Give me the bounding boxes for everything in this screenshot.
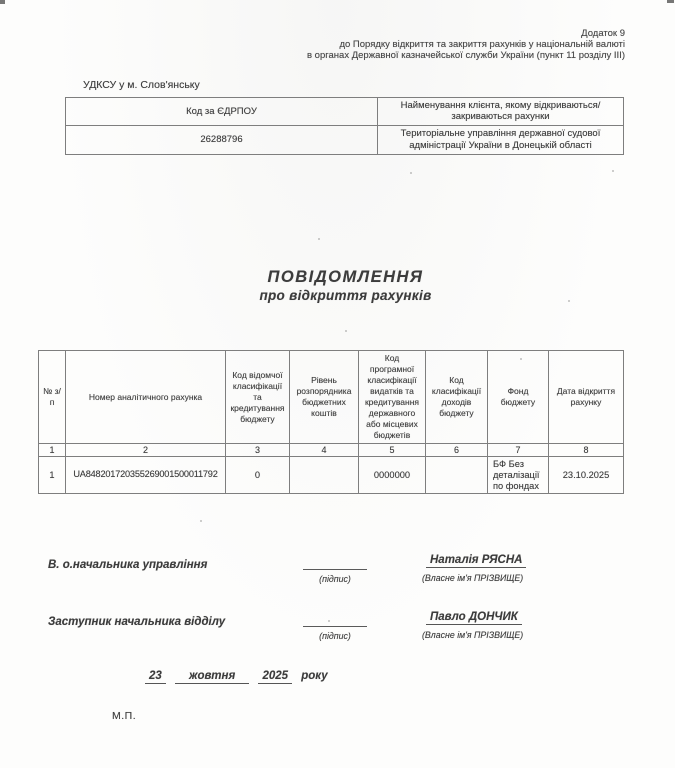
accounts-table-number-row: 1 2 3 4 5 6 7 8 [39,444,624,457]
col-header-program-classification: Код програмної класифікації видатків та … [359,351,426,444]
account-opening-date: 23.10.2025 [549,457,624,494]
col-number: 8 [549,444,624,457]
col-header-revenue-classification: Код класифікації доходів бюджету [426,351,488,444]
signature-caption: (підпис) [295,574,375,584]
date-month: жовтня [175,670,249,684]
account-row: 1 UA848201720355269001500011792 0 000000… [39,457,624,494]
scan-speck [200,520,202,522]
account-dept-code: 0 [226,457,290,494]
col-number: 6 [426,444,488,457]
scan-speck [612,170,614,172]
signature-caption: (підпис) [295,631,375,641]
client-table-value-row: 26288796 Територіальне управління держав… [66,125,624,154]
document-subtitle: про відкриття рахунків [8,288,675,303]
date-year: 2025 [258,670,292,684]
col-header-row-number: № з/п [39,351,66,444]
date-suffix: року [301,670,327,682]
issuing-office: УДКСУ у м. Слов'янську [83,79,200,91]
client-table: Код за ЄДРПОУ Найменування клієнта, яком… [65,97,624,155]
col-number: 2 [66,444,226,457]
signer-position: Заступник начальника відділу [48,616,225,628]
edrpou-code-header: Код за ЄДРПОУ [66,98,378,126]
col-number: 3 [226,444,290,457]
scan-speck [318,238,320,240]
signature-row-deputy-head: Заступник начальника відділу (підпис) Па… [48,613,635,653]
document-title: ПОВІДОМЛЕННЯ [8,268,675,287]
edrpou-code-value: 26288796 [66,125,378,154]
stamp-placeholder: М.П. [112,710,136,722]
document-date: 23 жовтня 2025 року [145,670,328,684]
col-header-budget-fund: Фонд бюджету [488,351,549,444]
account-program-code: 0000000 [359,457,426,494]
col-header-dept-classification: Код відомчої класифікації та кредитуванн… [226,351,290,444]
account-iban: UA848201720355269001500011792 [66,457,226,494]
accounts-table-header-row: № з/п Номер аналітичного рахунка Код від… [39,351,624,444]
appendix-reference: Додаток 9 до Порядку відкриття та закрит… [307,28,625,62]
accounts-table: № з/п Номер аналітичного рахунка Код від… [38,350,624,494]
col-number: 5 [359,444,426,457]
account-row-index: 1 [39,457,66,494]
signer-name-caption: (Власне ім'я ПРІЗВИЩЕ) [422,573,523,583]
client-table-header-row: Код за ЄДРПОУ Найменування клієнта, яком… [66,98,624,126]
scan-speck [410,172,412,174]
document-title-block: ПОВІДОМЛЕННЯ про відкриття рахунків [8,268,675,303]
signature-line [303,556,367,570]
col-header-opening-date: Дата відкриття рахунку [549,351,624,444]
scanned-document-page: Додаток 9 до Порядку відкриття та закрит… [0,0,675,768]
scan-speck [345,330,347,332]
scan-corner-mark [0,0,5,4]
signature-row-head-of-department: В. о.начальника управління (підпис) Ната… [48,556,635,596]
appendix-line-3: в органах Державної казначейської служби… [307,50,625,61]
col-number: 4 [290,444,359,457]
account-budget-fund: БФ Без деталізації по фондах [488,457,549,494]
client-name-header: Найменування клієнта, якому відкриваютьс… [378,98,624,126]
col-number: 1 [39,444,66,457]
appendix-line-1: Додаток 9 [307,28,625,39]
col-number: 7 [488,444,549,457]
signer-name-caption: (Власне ім'я ПРІЗВИЩЕ) [422,630,523,640]
account-manager-level [290,457,359,494]
scan-corner-mark [667,0,674,3]
signer-name: Наталія РЯСНА [426,554,526,568]
signer-position: В. о.начальника управління [48,559,207,571]
date-day: 23 [145,670,166,684]
signer-name: Павло ДОНЧИК [426,611,522,625]
col-header-account-number: Номер аналітичного рахунка [66,351,226,444]
client-name-value: Територіальне управління державної судов… [378,125,624,154]
col-header-manager-level: Рівень розпорядника бюджетних коштів [290,351,359,444]
appendix-line-2: до Порядку відкриття та закриття рахункі… [307,39,625,50]
signature-line [303,613,367,627]
account-revenue-code [426,457,488,494]
